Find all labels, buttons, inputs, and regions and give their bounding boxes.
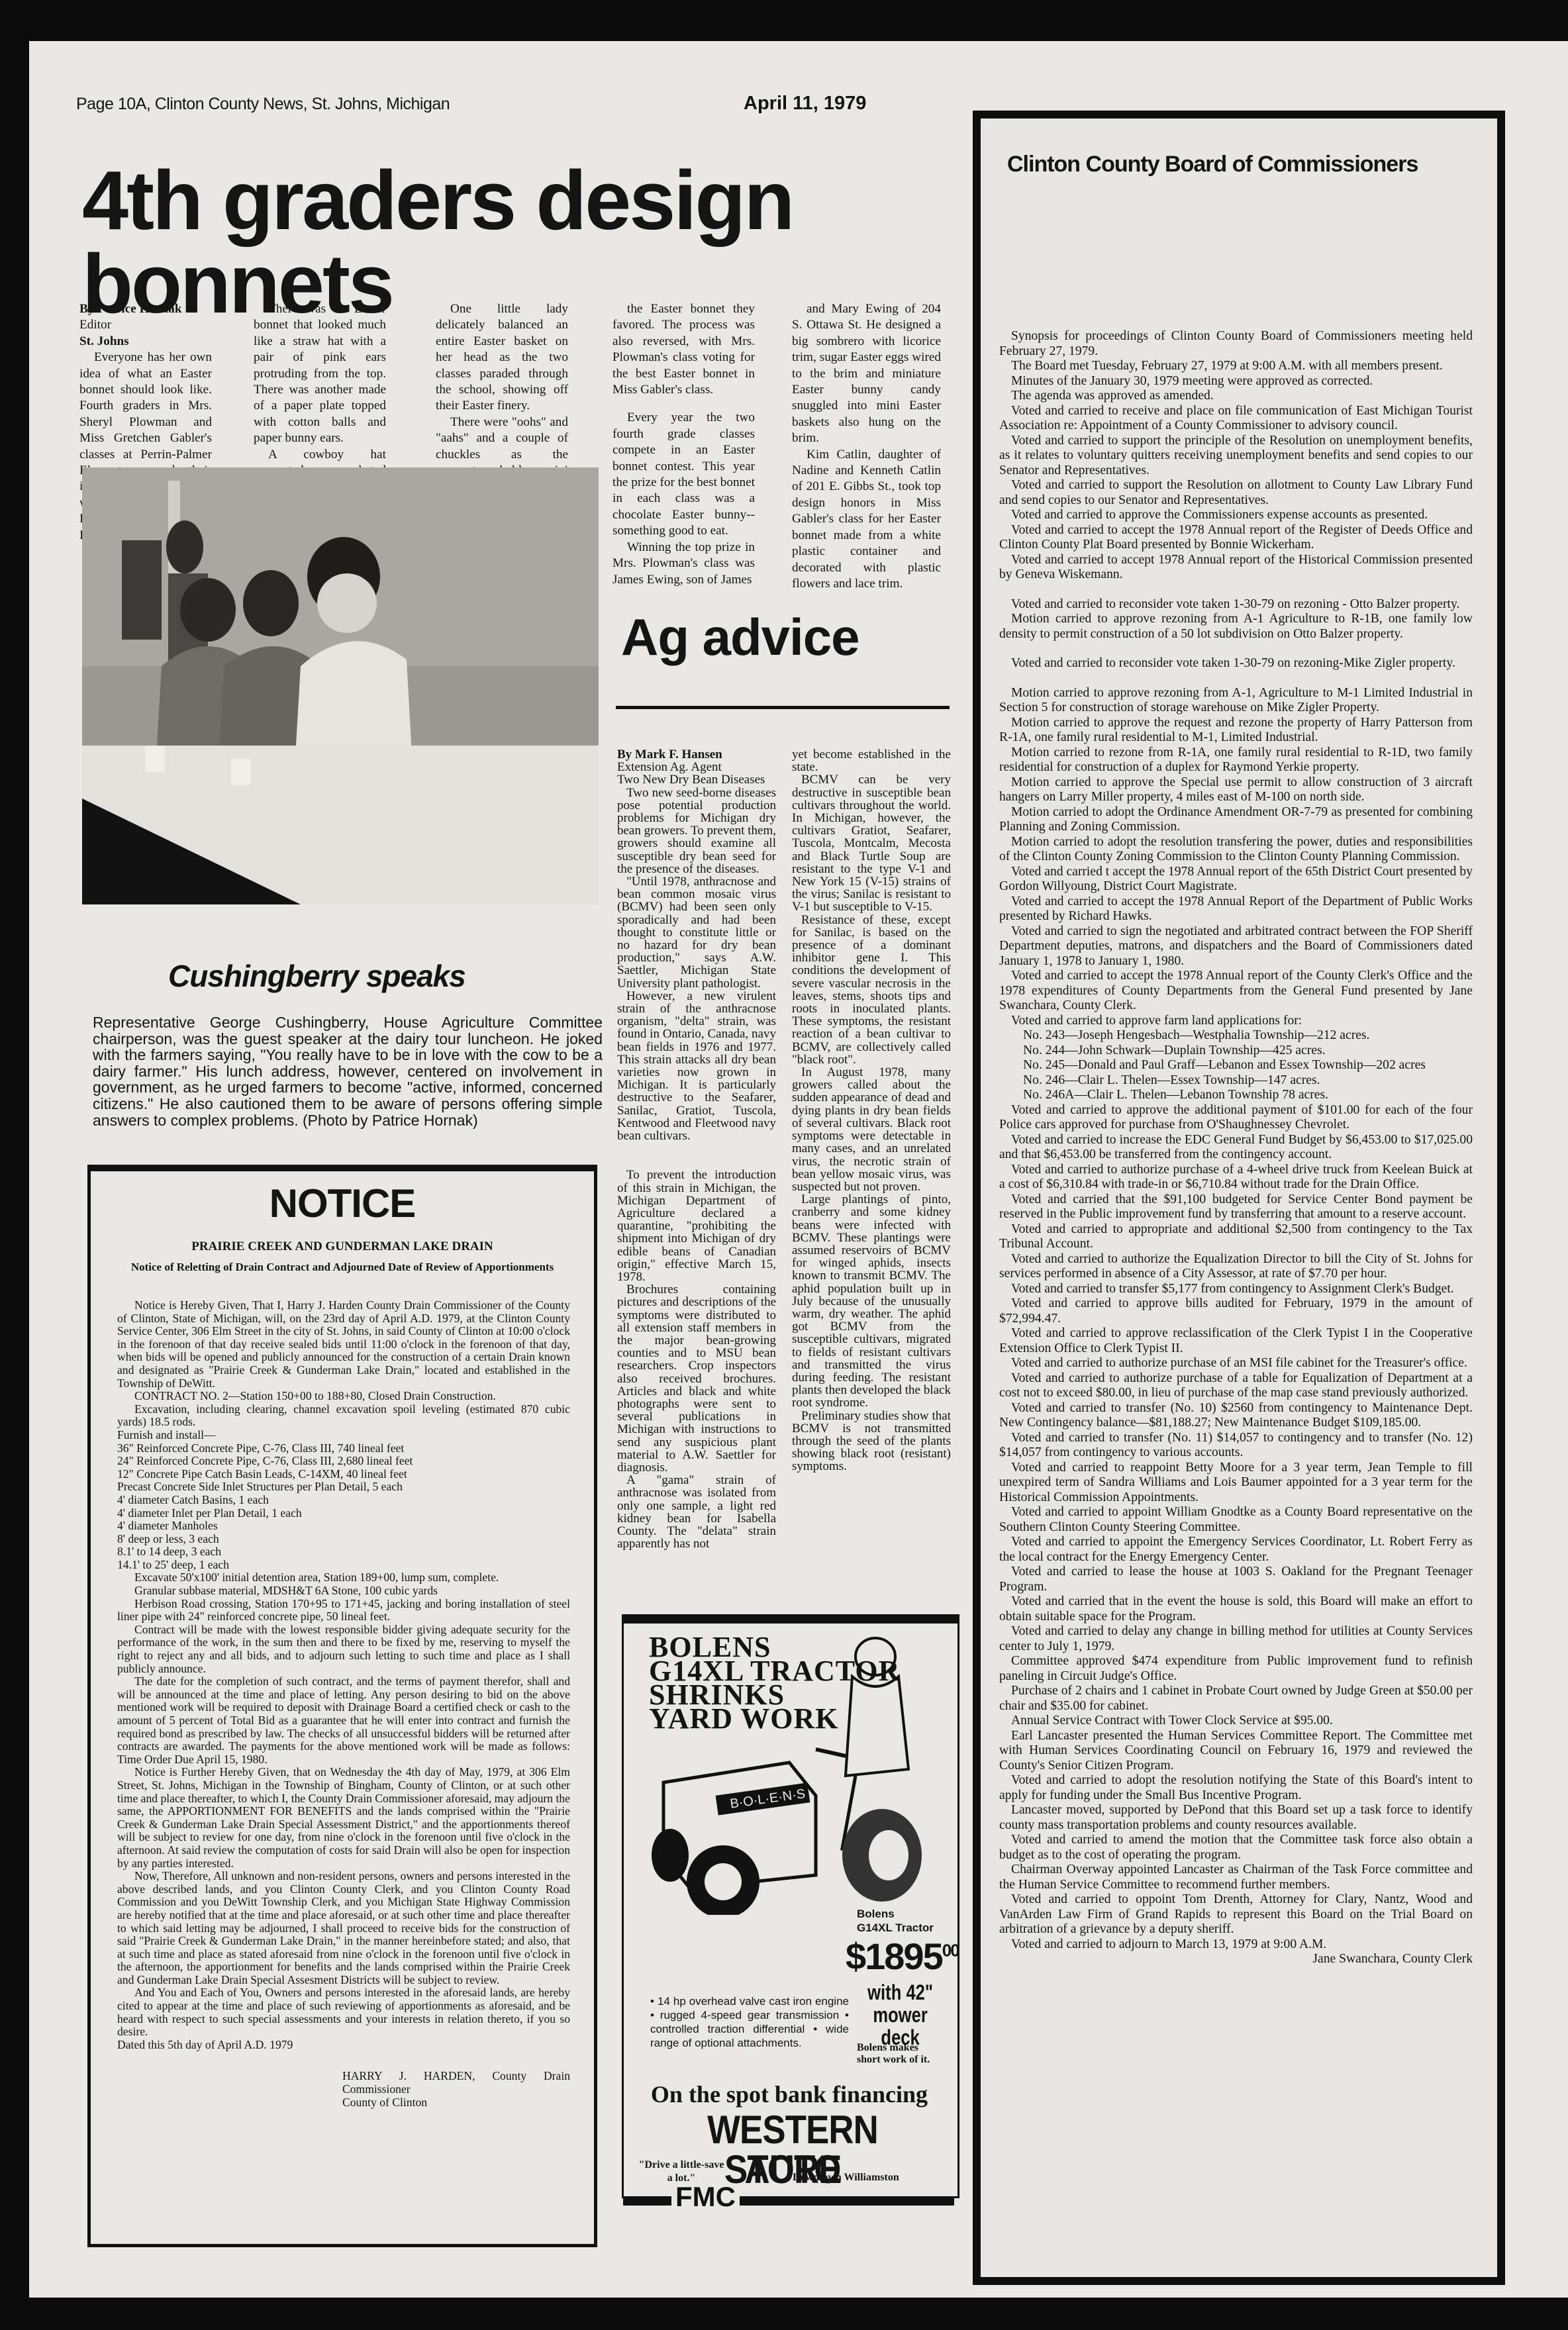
board-paragraph: Motion carried to approve the Special us… [999,775,1473,805]
board-paragraph: Motion carried to adopt the resolution t… [999,835,1473,865]
notice-paragraph: Granular subbase material, MDSH&T 6A Sto… [117,1584,570,1598]
board-paragraph: Lancaster moved, supported by DePond tha… [999,1803,1473,1833]
ag-col-2: yet become established in the state. BCM… [792,748,951,1473]
notice-paragraph: Now, Therefore, All unknown and non-resi… [117,1870,570,1986]
board-paragraph: Voted and carried to support the Resolut… [999,478,1473,508]
notice-signature: HARRY J. HARDEN, County Drain Commission… [117,2070,570,2096]
paragraph: Large plantings of pinto, cranberry and … [792,1193,951,1409]
board-paragraph: Motion carried to approve rezoning from … [999,686,1473,716]
board-paragraph: Voted and carried to approve reclassific… [999,1326,1473,1356]
board-paragraph: Synopsis for proceedings of Clinton Coun… [999,329,1473,359]
board-paragraph: Voted and carried that in the event the … [999,1594,1473,1624]
board-paragraph: Voted and carried to appoint William Gno… [999,1505,1473,1535]
paragraph: Every year the two fourth grade classes … [612,410,755,539]
paragraph: One little lady delicately balanced an e… [436,301,568,414]
board-paragraph: Voted and carried t accept the 1978 Annu… [999,865,1473,895]
notice-item: 36" Reinforced Concrete Pipe, C-76, Clas… [117,1442,570,1455]
ag-col-1: By Mark F. Hansen Extension Ag. Agent Tw… [617,748,776,1550]
luncheon-photo [82,467,599,904]
board-paragraph: Voted and carried to accept the 1978 Ann… [999,969,1473,1014]
board-paragraph: Voted and carried to authorize the Equal… [999,1252,1473,1282]
board-paragraph: Voted and carried to delay any change in… [999,1624,1473,1654]
paragraph: However, a new virulent strain of the an… [617,990,776,1142]
board-paragraph: Voted and carried to reappoint Betty Moo… [999,1461,1473,1506]
notice-item: 14.1' to 25' deep, 1 each [117,1559,570,1572]
board-paragraph: Annual Service Contract with Tower Clock… [999,1714,1473,1729]
ag-rule [616,706,950,709]
tractor-illustration-icon: B·O·L·E·N·S [644,1637,942,1915]
board-paragraph: Voted and carried to adjourn to March 13… [999,1937,1473,1953]
paragraph: Two new seed-borne diseases pose potenti… [617,787,776,875]
notice-dated: Dated this 5th day of April A.D. 1979 [117,2039,570,2052]
board-paragraph: Voted and carried to oppoint Tom Drenth,… [999,1892,1473,1937]
notice-body: Notice is Hereby Given, That I, Harry J.… [117,1299,570,2109]
ad-model-line: G14XL Tractor [857,1921,934,1935]
board-paragraph: Voted and carried to approve the additio… [999,1103,1473,1133]
ad-store-name-2: STORE [724,2150,841,2190]
notice-paragraph: Herbison Road crossing, Station 170+95 t… [117,1598,570,1624]
board-paragraph: Voted and carried to authorize purchase … [999,1163,1473,1192]
board-paragraph: Voted and carried to amend the motion th… [999,1833,1473,1863]
notice-item: Furnish and install— [117,1429,570,1442]
board-paragraph: Voted and carried to approve the Commiss… [999,508,1473,523]
board-paragraph: Voted and carried to transfer $5,177 fro… [999,1282,1473,1297]
board-paragraph: Voted and carried to adopt the resolutio… [999,1773,1473,1803]
board-paragraph: The agenda was approved as amended. [999,389,1473,404]
notice-signature-2: County of Clinton [117,2096,570,2110]
notice-paragraph: Notice is Further Hereby Given, that on … [117,1766,570,1870]
farm-application: No. 246—Clair L. Thelen—Essex Township—1… [999,1073,1473,1089]
board-paragraph: Committee approved $474 expenditure from… [999,1654,1473,1684]
board-paragraph: Voted and carried to reconsider vote tak… [999,656,1473,671]
board-paragraph: Minutes of the January 30, 1979 meeting … [999,374,1473,389]
ag-byline-title: Extension Ag. Agent [617,761,776,773]
ad-features: • 14 hp overhead valve cast iron engine … [650,1994,849,2050]
board-paragraph: Voted and carried to appropriate and add… [999,1222,1473,1252]
paragraph: There was an Easter bonnet that looked m… [254,301,386,447]
board-paragraph: Voted and carried to lease the house at … [999,1565,1473,1594]
board-paragraph: Earl Lancaster presented the Human Servi… [999,1729,1473,1774]
notice-item: 4' diameter Manholes [117,1520,570,1533]
paragraph: Kim Catlin, daughter of Nadine and Kenne… [792,447,941,593]
board-paragraph: Voted and carried to appoint the Emergen… [999,1535,1473,1565]
paragraph: A "gama" strain of anthracnose was isola… [617,1474,776,1550]
board-paragraph: Voted and carried to reconsider vote tak… [999,597,1473,612]
board-paragraph: Voted and carried to transfer (No. 11) $… [999,1431,1473,1461]
ad-slogan: Bolens makes short work of it. [857,2042,943,2066]
paragraph: the Easter bonnet they favored. The proc… [612,301,755,398]
farm-application: No. 244—John Schwark—Duplain Township—42… [999,1044,1473,1059]
paragraph: yet become established in the state. [792,748,951,773]
board-signature: Jane Swanchara, County Clerk [999,1952,1473,1967]
board-paragraph: Voted and carried to receive and place o… [999,404,1473,434]
notice-subtitle-2: Notice of Reletting of Drain Contract an… [130,1261,554,1274]
ag-byline: By Mark F. Hansen [617,748,776,761]
ad-model-line: Bolens [857,1907,934,1921]
ad-price-dollars: $1895 [846,1935,942,1977]
farm-application: No. 245—Donald and Paul Graff—Lebanon an… [999,1058,1473,1073]
board-paragraph: Voted and carried to approve bills audit… [999,1296,1473,1326]
board-paragraph: Voted and carried to transfer (No. 10) $… [999,1401,1473,1431]
board-title: Clinton County Board of Commissioners [1007,152,1418,177]
paragraph: Winning the top prize in Mrs. Plowman's … [612,540,755,588]
page-folio: Page 10A, Clinton County News, St. Johns… [76,95,450,114]
notice-paragraph: CONTRACT NO. 2—Station 150+00 to 188+80,… [117,1390,570,1403]
legal-notice-box: NOTICE PRAIRIE CREEK AND GUNDERMAN LAKE … [87,1165,597,2247]
notice-paragraph: And You and Each of You, Owners and pers… [117,1986,570,2038]
photo-caption-title: Cushingberry speaks [168,958,465,994]
ad-price-cents: 00 [942,1940,959,1960]
board-paragraph: Voted and carried to sign the negotiated… [999,924,1473,969]
ag-advice-title: Ag advice [621,607,859,667]
board-paragraph: Voted and carried to accept the 1978 Ann… [999,523,1473,553]
notice-paragraph: Excavate 50'x100' initial detention area… [117,1571,570,1584]
ad-model: Bolens G14XL Tractor [857,1907,934,1935]
byline-place: St. Johns [79,334,212,350]
farm-application: No. 243—Joseph Hengesbach—Westphalia Tow… [999,1028,1473,1044]
paragraph: Brochures containing pictures and descri… [617,1283,776,1474]
board-paragraph: Motion carried to adopt the Ordinance Am… [999,805,1473,835]
board-commissioners-box: Clinton County Board of Commissioners Sy… [973,111,1505,2285]
farm-application: No. 246A—Clair L. Thelen—Lebanon Townshi… [999,1088,1473,1103]
paragraph: Resistance of these, except for Sanilac,… [792,914,951,1066]
paragraph: and Mary Ewing of 204 S. Ottawa St. He d… [792,301,941,447]
bonnets-col-5: and Mary Ewing of 204 S. Ottawa St. He d… [792,301,941,592]
paragraph: To prevent the introduction of this stra… [617,1169,776,1283]
board-paragraph: Voted and carried to accept the 1978 Ann… [999,895,1473,924]
board-paragraph: Voted and carried to authorize purchase … [999,1356,1473,1371]
notice-paragraph: Excavation, including clearing, channel … [117,1403,570,1429]
ad-location: Downtown Williamston [793,2172,899,2184]
notice-title: NOTICE [91,1181,594,1226]
bonnets-col-4: the Easter bonnet they favored. The proc… [612,301,755,588]
paragraph: BCMV can be very destructive in suscepti… [792,773,951,913]
board-body: Synopsis for proceedings of Clinton Coun… [999,329,1473,1967]
board-paragraph: Purchase of 2 chairs and 1 cabinet in Pr… [999,1684,1473,1714]
notice-paragraph: Contract will be made with the lowest re… [117,1624,570,1675]
board-paragraph: Voted and carried that the $91,100 budge… [999,1192,1473,1222]
notice-paragraph: The date for the completion of such cont… [117,1675,570,1766]
newspaper-page: Page 10A, Clinton County News, St. Johns… [29,41,1568,2298]
notice-paragraph: Notice is Hereby Given, That I, Harry J.… [117,1299,570,1390]
ad-financing: On the spot bank financing [644,2080,935,2108]
ad-price: $189500 [846,1935,959,1978]
notice-item: Precast Concrete Side Inlet Structures p… [117,1481,570,1494]
ad-deck: with 42" mower deck [862,1981,938,2049]
byline: By Patrice Hornak [79,301,212,317]
notice-item: 4' diameter Catch Basins, 1 each [117,1494,570,1507]
board-paragraph: The Board met Tuesday, February 27, 1979… [999,359,1473,374]
paragraph: Preliminary studies show that BCMV is no… [792,1410,951,1473]
board-paragraph: Voted and carried to authorize purchase … [999,1371,1473,1401]
paragraph: "Until 1978, anthracnose and bean common… [617,875,776,990]
board-paragraph: Voted and carried to accept 1978 Annual … [999,553,1473,583]
notice-subtitle: PRAIRIE CREEK AND GUNDERMAN LAKE DRAIN [91,1239,594,1254]
notice-item: 12" Concrete Pipe Catch Basin Leads, C-1… [117,1468,570,1481]
board-paragraph: Motion carried to approve rezoning from … [999,612,1473,642]
paragraph: In August 1978, many growers called abou… [792,1066,951,1193]
board-paragraph: Motion carried to approve the request an… [999,716,1473,746]
board-paragraph: Voted and carried to increase the EDC Ge… [999,1133,1473,1163]
notice-item: 4' diameter Inlet per Plan Detail, 1 eac… [117,1507,570,1520]
board-paragraph: Voted and carried to support the princip… [999,434,1473,479]
ag-subhead: Two New Dry Bean Diseases [617,773,776,786]
photo-caption: Representative George Cushingberry, Hous… [93,1014,603,1128]
fmc-logo: FMC [671,2184,740,2210]
byline-title: Editor [79,317,212,333]
photo-illustration [82,467,599,904]
board-paragraph: Motion carried to rezone from R-1A, one … [999,746,1473,775]
notice-item: 8' deep or less, 3 each [117,1533,570,1546]
board-paragraph: Chairman Overway appointed Lancaster as … [999,1863,1473,1892]
board-paragraph: Voted and carried to approve farm land a… [999,1014,1473,1029]
bolens-tractor-ad[interactable]: BOLENS G14XL TRACTOR SHRINKS YARD WORK B… [622,1614,959,2198]
notice-item: 8.1' to 14 deep, 3 each [117,1545,570,1559]
ad-deck-line: with 42" [862,1981,938,2004]
notice-item: 24" Reinforced Concrete Pipe, C-76, Clas… [117,1455,570,1468]
page-date: April 11, 1979 [744,93,866,115]
